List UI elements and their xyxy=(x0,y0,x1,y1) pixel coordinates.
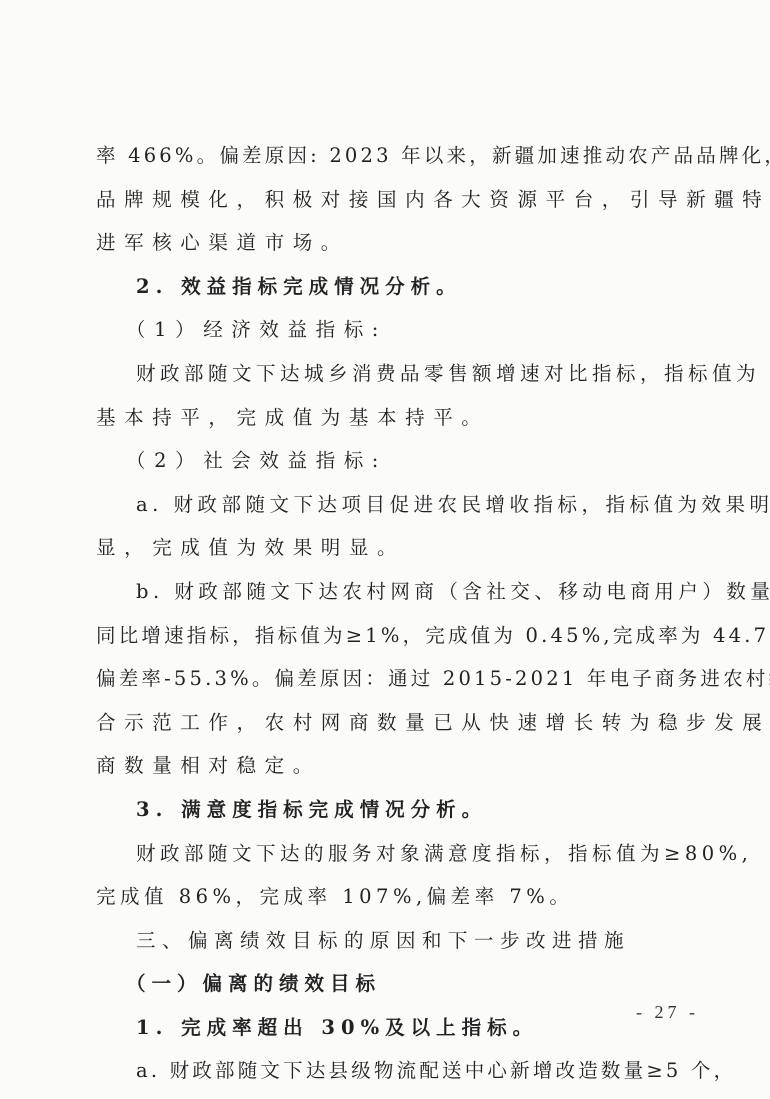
paragraph-line: a. 财政部随文下达县级物流配送中心新增改造数量≥5 个， xyxy=(96,1049,680,1093)
subheading-completion-over-30: 1. 完成率超出 30%及以上指标。 xyxy=(96,1006,680,1050)
paragraph-line: 同比增速指标，指标值为≥1%，完成值为 0.45%,完成率为 44.7%, xyxy=(96,614,680,658)
paragraph-line: 合示范工作，农村网商数量已从快速增长转为稳步发展，农村网 xyxy=(96,701,680,745)
paragraph-line: b. 财政部随文下达农村网商（含社交、移动电商用户）数量 xyxy=(96,570,680,614)
document-body: 率 466%。偏差原因: 2023 年以来，新疆加速推动农产品品牌化， 品牌规模… xyxy=(96,134,680,1093)
paragraph-line: 率 466%。偏差原因: 2023 年以来，新疆加速推动农产品品牌化， xyxy=(96,134,680,178)
chapter-heading-deviation-causes: 三、偏离绩效目标的原因和下一步改进措施 xyxy=(96,919,680,963)
paragraph-line: a. 财政部随文下达项目促进农民增收指标，指标值为效果明 xyxy=(96,483,680,527)
paragraph-line: 显，完成值为效果明显。 xyxy=(96,526,680,570)
paragraph-line: 财政部随文下达的服务对象满意度指标，指标值为≥80%, xyxy=(96,832,680,876)
paragraph-line: 基本持平，完成值为基本持平。 xyxy=(96,396,680,440)
paragraph-line: 进军核心渠道市场。 xyxy=(96,221,680,265)
subheading-deviated-targets: （一）偏离的绩效目标 xyxy=(96,962,680,1006)
paragraph-line: 完成值 86%，完成率 107%,偏差率 7%。 xyxy=(96,875,680,919)
paragraph-line: 商数量相对稳定。 xyxy=(96,744,680,788)
paragraph-line: 财政部随文下达城乡消费品零售额增速对比指标，指标值为 xyxy=(96,352,680,396)
subheading-social-benefit: （2）社会效益指标: xyxy=(96,439,680,483)
section-heading-satisfaction: 3. 满意度指标完成情况分析。 xyxy=(96,788,680,832)
paragraph-line: 品牌规模化，积极对接国内各大资源平台，引导新疆特色农产品 xyxy=(96,178,680,222)
paragraph-line: 偏差率-55.3%。偏差原因：通过 2015-2021 年电子商务进农村综 xyxy=(96,657,680,701)
section-heading-benefit-indicators: 2. 效益指标完成情况分析。 xyxy=(96,265,680,309)
page-number: - 27 - xyxy=(636,1002,699,1023)
subheading-economic-benefit: （1）经济效益指标: xyxy=(96,308,680,352)
